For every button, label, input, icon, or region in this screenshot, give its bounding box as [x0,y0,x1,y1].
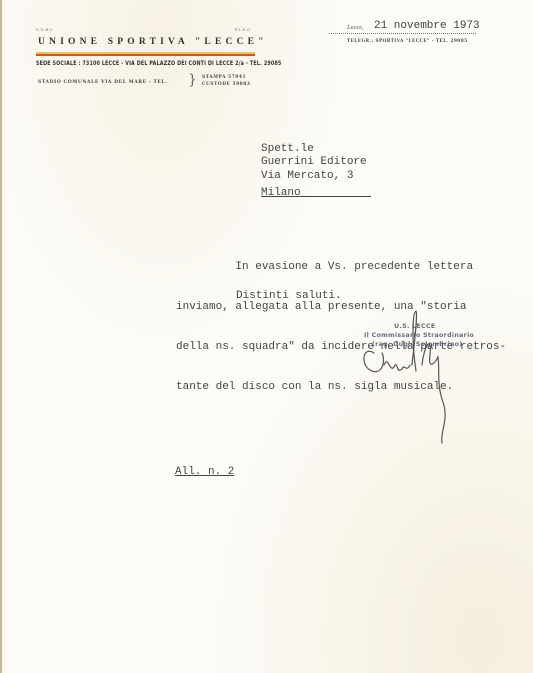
body-line: In evasione a Vs. precedente lettera [176,261,506,274]
stampa-phone: STAMPA 57941 [202,74,250,81]
custode-phone: CUSTODE 59083 [202,81,250,88]
place-label: Lecce, [347,24,364,31]
recipient-name: Guerrini Editore [261,156,371,169]
club-color-stripe [36,52,255,56]
recipient-city: Milano [261,187,371,200]
recipient-salutation: Spett.le [261,143,371,156]
letter-date: 21 novembre 1973 [374,20,480,32]
closing: Distinti saluti. [236,290,342,303]
stadio-address: STADIO COMUNALE VIA DEL MARE - TEL. [38,80,167,85]
club-name: UNIONE SPORTIVA "LECCE" [38,37,268,47]
sede-address: SEDE SOCIALE : 73100 LECCE - VIA DEL PAL… [36,60,281,67]
phone-numbers: STAMPA 57941 CUSTODE 59083 [202,74,250,88]
figc-mark: F.I.G.C. [235,28,252,32]
coni-mark: C.O.N.I. [36,28,54,32]
brace-icon: } [188,72,197,88]
handwritten-signature [352,305,472,445]
letter-page: C.O.N.I. F.I.G.C. UNIONE SPORTIVA "LECCE… [0,0,533,673]
telegram-address: TELEGR.: SPORTIVA "LECCE" - TEL. 29085 [347,38,468,43]
date-dotted-line [329,33,476,34]
recipient-block: Spett.le Guerrini Editore Via Mercato, 3… [261,143,371,201]
recipient-street: Via Mercato, 3 [261,170,371,183]
attachments-count: All. n. 2 [175,466,234,479]
